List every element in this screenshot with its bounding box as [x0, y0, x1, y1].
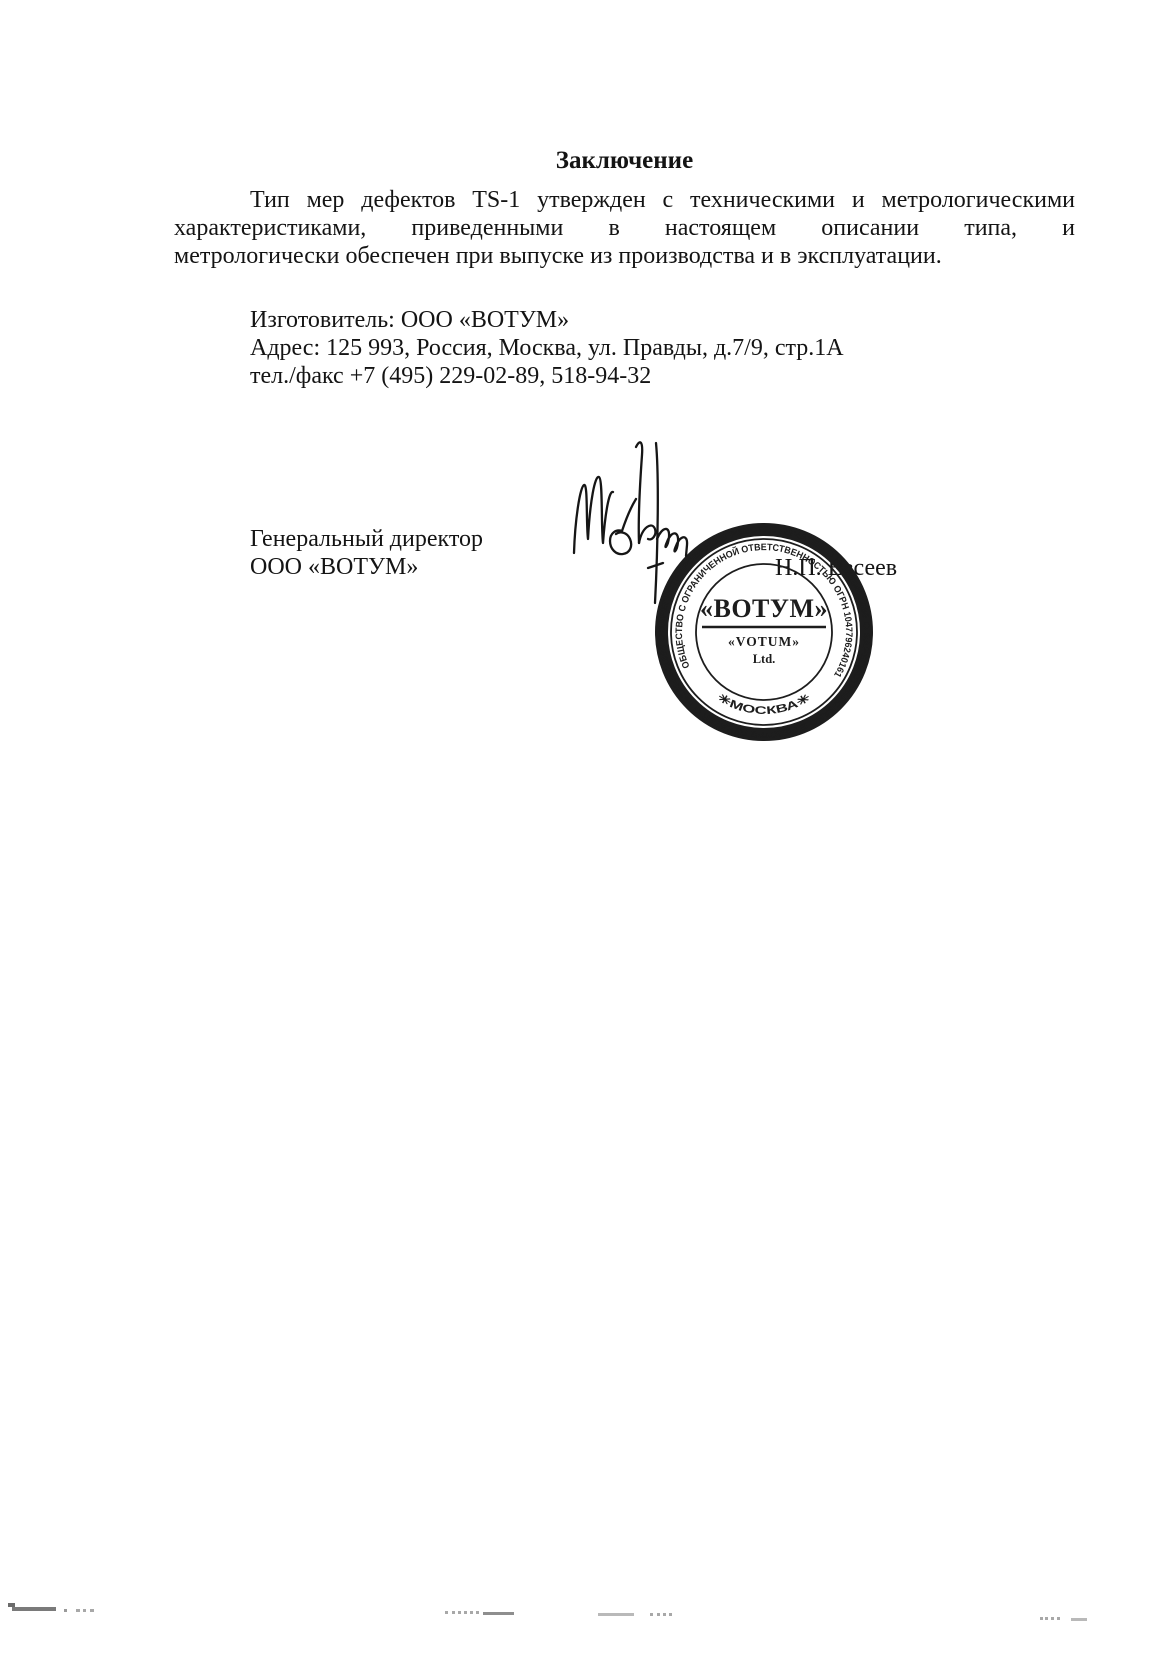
scan-artifact — [1071, 1618, 1087, 1621]
manufacturer-line: Изготовитель: ООО «ВОТУМ» — [250, 306, 844, 334]
signature-scribble — [560, 435, 720, 610]
conclusion-paragraph: Тип мер дефектов TS-1 утвержден с технич… — [174, 186, 1075, 270]
scan-artifact — [650, 1613, 672, 1616]
scan-artifact — [76, 1609, 94, 1612]
signature-stroke — [610, 499, 636, 554]
phone-fax-line: тел./факс +7 (495) 229-02-89, 518-94-32 — [250, 362, 844, 390]
signer-title-block: Генеральный директор ООО «ВОТУМ» — [250, 525, 483, 581]
document-title: Заключение — [174, 146, 1075, 176]
signature-stroke — [655, 443, 658, 603]
stamp-center-name-latin: «VOTUM» — [728, 634, 800, 649]
paragraph-line-2: характеристиками, приведенными в настоящ… — [174, 214, 1075, 242]
manufacturer-block: Изготовитель: ООО «ВОТУМ» Адрес: 125 993… — [250, 306, 844, 390]
paragraph-line-1: Тип мер дефектов TS-1 утвержден с технич… — [174, 186, 1075, 214]
scan-artifact — [445, 1611, 479, 1614]
signer-position-line: Генеральный директор — [250, 525, 483, 553]
signer-company-line: ООО «ВОТУМ» — [250, 553, 483, 581]
paragraph-line-3: метрологически обеспечен при выпуске из … — [174, 242, 1075, 270]
stamp-center-suffix: Ltd. — [753, 652, 776, 666]
scan-artifact — [12, 1607, 56, 1611]
document-page: Заключение Тип мер дефектов TS-1 утвержд… — [0, 0, 1175, 1653]
address-line: Адрес: 125 993, Россия, Москва, ул. Прав… — [250, 334, 844, 362]
scan-artifact — [483, 1612, 514, 1615]
signature-stroke — [574, 477, 613, 553]
scan-artifact — [64, 1609, 67, 1612]
scan-artifact — [598, 1613, 634, 1616]
stamp-moscow-text: ✳МОСКВА✳ — [715, 692, 812, 718]
signature-stroke — [639, 525, 655, 543]
signature-stroke — [657, 529, 687, 556]
signature-stroke — [636, 442, 642, 543]
scan-artifact — [1040, 1617, 1060, 1620]
